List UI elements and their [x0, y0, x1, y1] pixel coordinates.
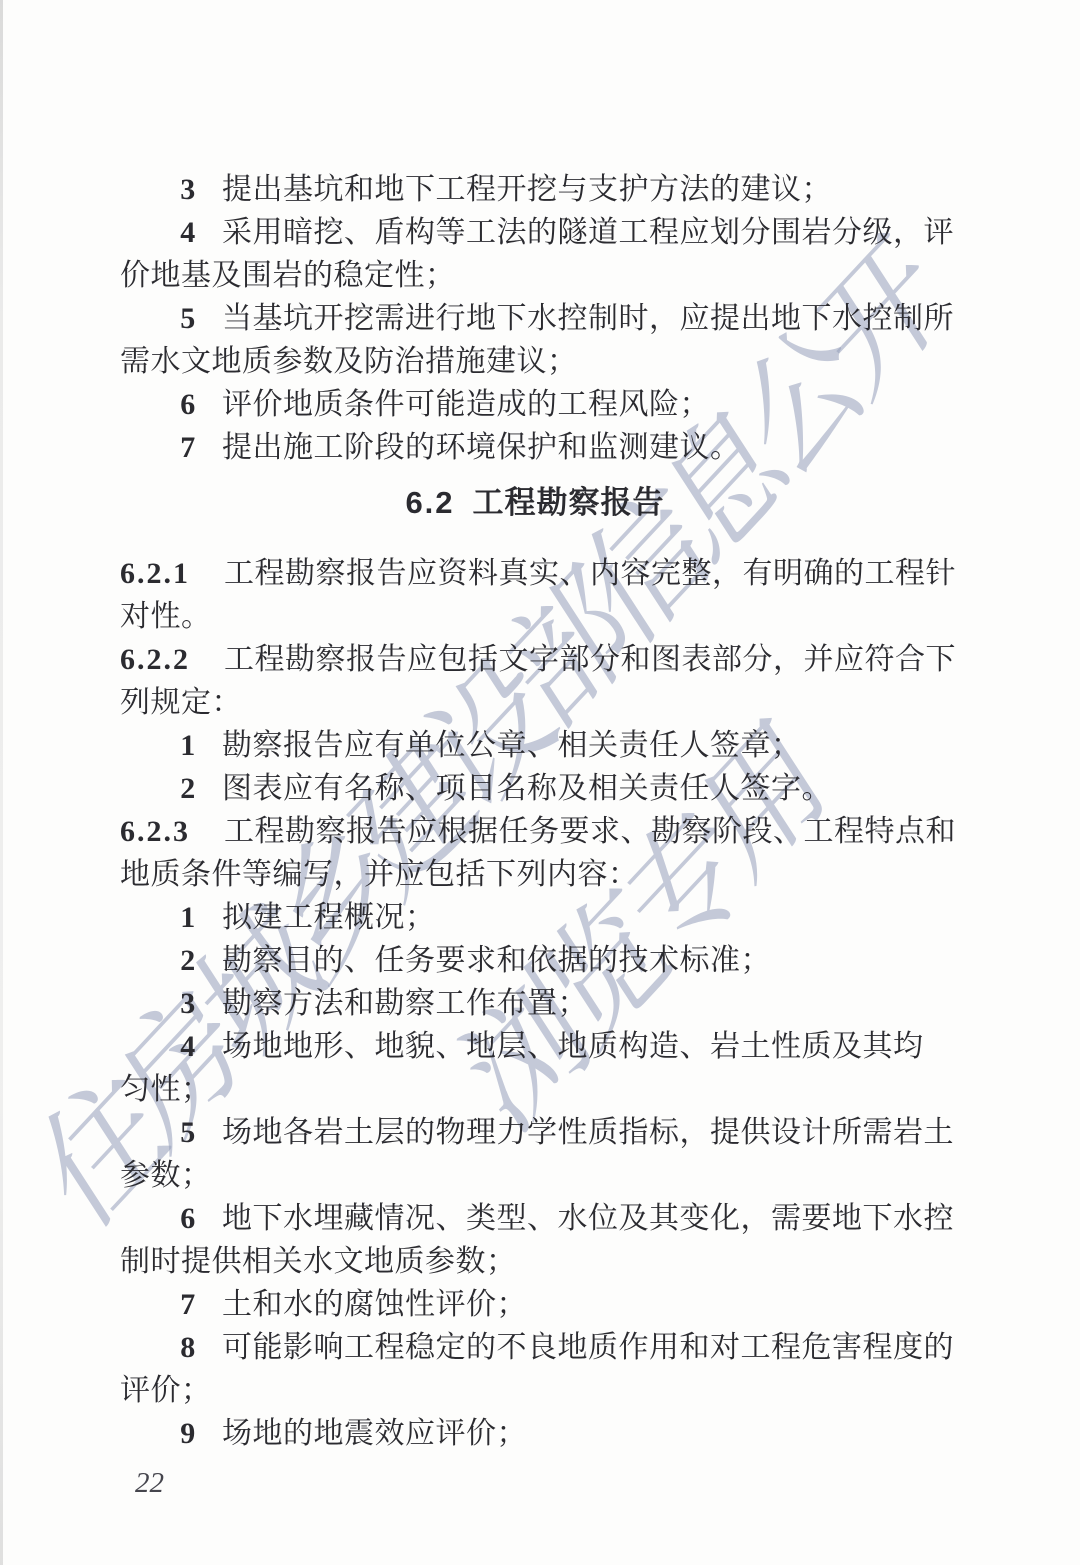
list-item: 6地下水埋藏情况、类型、水位及其变化，需要地下水控	[120, 1197, 950, 1240]
continuation-line: 价地基及围岩的稳定性；	[120, 254, 950, 297]
list-item-text: 可能影响工程稳定的不良地质作用和对工程危害程度的	[222, 1331, 954, 1364]
section-heading: 6.2工程勘察报告	[120, 481, 950, 524]
continuation-text: 评价；	[120, 1374, 212, 1407]
list-item-text: 拟建工程概况；	[222, 901, 436, 934]
page-number: 22	[135, 1462, 164, 1505]
list-item: 4场地地形、地貌、地层、地质构造、岩土性质及其均	[120, 1025, 950, 1068]
list-item-number: 1	[180, 724, 196, 767]
list-item: 3勘察方法和勘察工作布置；	[120, 982, 950, 1025]
list-item: 7土和水的腐蚀性评价；	[120, 1283, 950, 1326]
list-item-number: 8	[180, 1326, 196, 1369]
list-item-text: 场地的地震效应评价；	[222, 1417, 527, 1450]
continuation-line: 对性。	[120, 595, 950, 638]
list-item-text: 勘察报告应有单位公章、相关责任人签章；	[222, 729, 802, 762]
clause-line: 6.2.3工程勘察报告应根据任务要求、勘察阶段、工程特点和	[120, 810, 950, 853]
clause-text: 工程勘察报告应资料真实、内容完整，有明确的工程针	[224, 557, 956, 590]
page-content: 3提出基坑和地下工程开挖与支护方法的建议； 4采用暗挖、盾构等工法的隧道工程应划…	[120, 168, 950, 1455]
list-item: 1勘察报告应有单位公章、相关责任人签章；	[120, 724, 950, 767]
list-item-text: 勘察方法和勘察工作布置；	[222, 987, 588, 1020]
clause-line: 6.2.1工程勘察报告应资料真实、内容完整，有明确的工程针	[120, 552, 950, 595]
list-item-text: 评价地质条件可能造成的工程风险；	[222, 388, 710, 421]
continuation-line: 列规定：	[120, 681, 950, 724]
continuation-text: 对性。	[120, 600, 212, 633]
list-item-text: 当基坑开挖需进行地下水控制时，应提出地下水控制所	[222, 302, 954, 335]
list-item-number: 2	[180, 939, 196, 982]
continuation-text: 价地基及围岩的稳定性；	[120, 259, 456, 292]
continuation-text: 匀性；	[120, 1073, 212, 1106]
list-item-number: 6	[180, 383, 196, 426]
continuation-text: 地质条件等编写，并应包括下列内容：	[120, 858, 639, 891]
list-item-number: 3	[180, 168, 196, 211]
list-item-number: 2	[180, 767, 196, 810]
list-item-number: 7	[180, 1283, 196, 1326]
list-item: 2勘察目的、任务要求和依据的技术标准；	[120, 939, 950, 982]
list-item-number: 6	[180, 1197, 196, 1240]
list-item: 1拟建工程概况；	[120, 896, 950, 939]
section-heading-number: 6.2	[405, 485, 454, 520]
list-item: 8可能影响工程稳定的不良地质作用和对工程危害程度的	[120, 1326, 950, 1369]
clause-number: 6.2.3	[120, 815, 190, 848]
clause-number: 6.2.1	[120, 557, 190, 590]
continuation-line: 地质条件等编写，并应包括下列内容：	[120, 853, 950, 896]
list-item-text: 土和水的腐蚀性评价；	[222, 1288, 527, 1321]
list-item-text: 提出施工阶段的环境保护和监测建议。	[222, 431, 741, 464]
list-item: 2图表应有名称、项目名称及相关责任人签字。	[120, 767, 950, 810]
list-item-number: 5	[180, 297, 196, 340]
continuation-line: 匀性；	[120, 1068, 950, 1111]
continuation-line: 制时提供相关水文地质参数；	[120, 1240, 950, 1283]
clause-line: 6.2.2工程勘察报告应包括文字部分和图表部分，并应符合下	[120, 638, 950, 681]
list-item-text: 提出基坑和地下工程开挖与支护方法的建议；	[222, 173, 832, 206]
continuation-text: 列规定：	[120, 686, 242, 719]
continuation-text: 参数；	[120, 1159, 212, 1192]
scan-edge-artifact	[0, 0, 3, 1565]
list-item-number: 7	[180, 426, 196, 469]
list-item: 5当基坑开挖需进行地下水控制时，应提出地下水控制所	[120, 297, 950, 340]
continuation-line: 需水文地质参数及防治措施建议；	[120, 340, 950, 383]
list-item: 4采用暗挖、盾构等工法的隧道工程应划分围岩分级，评	[120, 211, 950, 254]
document-page: 住房城乡建设部信息公开 浏览专用 3提出基坑和地下工程开挖与支护方法的建议； 4…	[0, 0, 1080, 1565]
list-item-number: 5	[180, 1111, 196, 1154]
list-item-text: 图表应有名称、项目名称及相关责任人签字。	[222, 772, 832, 805]
continuation-line: 评价；	[120, 1369, 950, 1412]
continuation-text: 制时提供相关水文地质参数；	[120, 1245, 517, 1278]
list-item: 7提出施工阶段的环境保护和监测建议。	[120, 426, 950, 469]
clause-text: 工程勘察报告应包括文字部分和图表部分，并应符合下	[224, 643, 956, 676]
list-item-number: 4	[180, 1025, 196, 1068]
list-item: 5场地各岩土层的物理力学性质指标，提供设计所需岩土	[120, 1111, 950, 1154]
list-item-number: 3	[180, 982, 196, 1025]
list-item: 3提出基坑和地下工程开挖与支护方法的建议；	[120, 168, 950, 211]
clause-text: 工程勘察报告应根据任务要求、勘察阶段、工程特点和	[224, 815, 956, 848]
list-item-text: 场地地形、地貌、地层、地质构造、岩土性质及其均	[222, 1030, 924, 1063]
list-item: 6评价地质条件可能造成的工程风险；	[120, 383, 950, 426]
clause-number: 6.2.2	[120, 643, 190, 676]
continuation-line: 参数；	[120, 1154, 950, 1197]
list-item-number: 1	[180, 896, 196, 939]
list-item-number: 4	[180, 211, 196, 254]
section-heading-title: 工程勘察报告	[473, 485, 665, 520]
continuation-text: 需水文地质参数及防治措施建议；	[120, 345, 578, 378]
list-item-text: 勘察目的、任务要求和依据的技术标准；	[222, 944, 771, 977]
list-item: 9场地的地震效应评价；	[120, 1412, 950, 1455]
list-item-text: 地下水埋藏情况、类型、水位及其变化，需要地下水控	[222, 1202, 954, 1235]
list-item-number: 9	[180, 1412, 196, 1455]
list-item-text: 采用暗挖、盾构等工法的隧道工程应划分围岩分级，评	[222, 216, 954, 249]
list-item-text: 场地各岩土层的物理力学性质指标，提供设计所需岩土	[222, 1116, 954, 1149]
